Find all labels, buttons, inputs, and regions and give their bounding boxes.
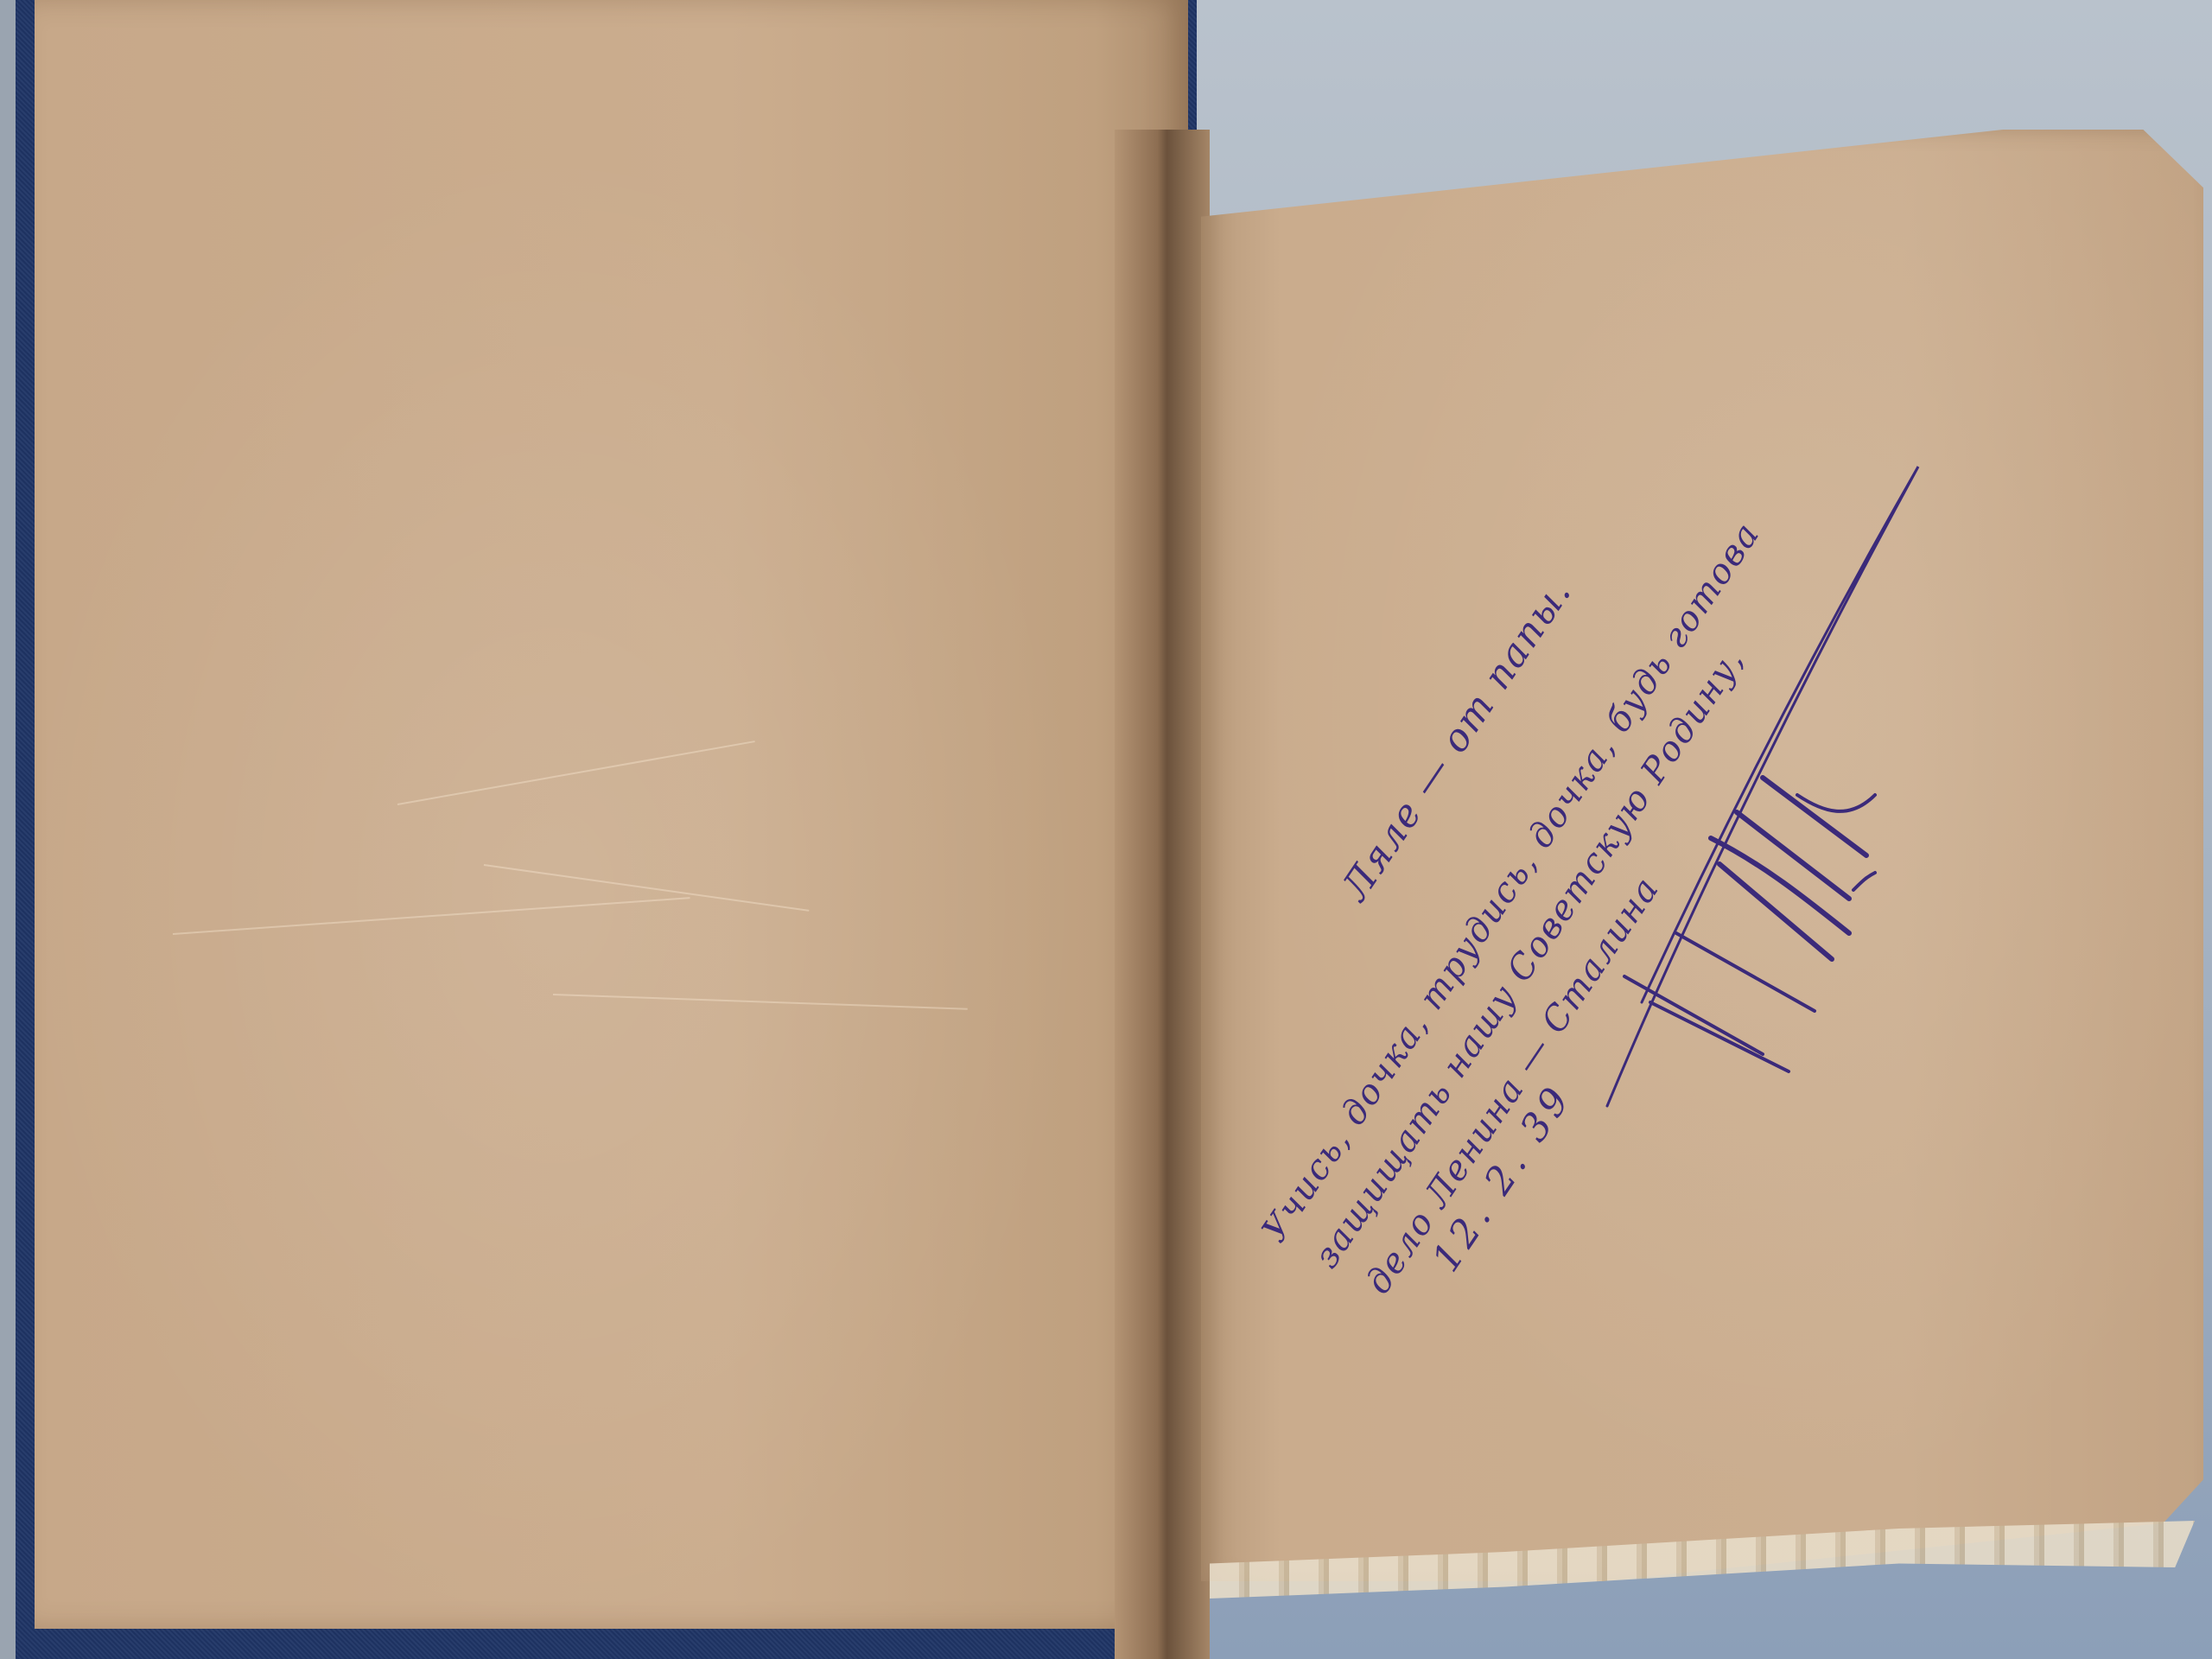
paper-wrinkle: [397, 741, 755, 805]
paper-wrinkle: [173, 897, 690, 935]
paper-wrinkle: [484, 864, 810, 912]
book-gutter: [1115, 130, 1210, 1659]
photo-scene: Ляле — от папы. Учись, дочка, трудись, д…: [0, 0, 2212, 1659]
paper-wrinkle: [553, 994, 968, 1010]
background-strip: [0, 0, 16, 1659]
left-endpaper: [35, 0, 1188, 1629]
signature-flourish: [1590, 449, 1935, 1123]
